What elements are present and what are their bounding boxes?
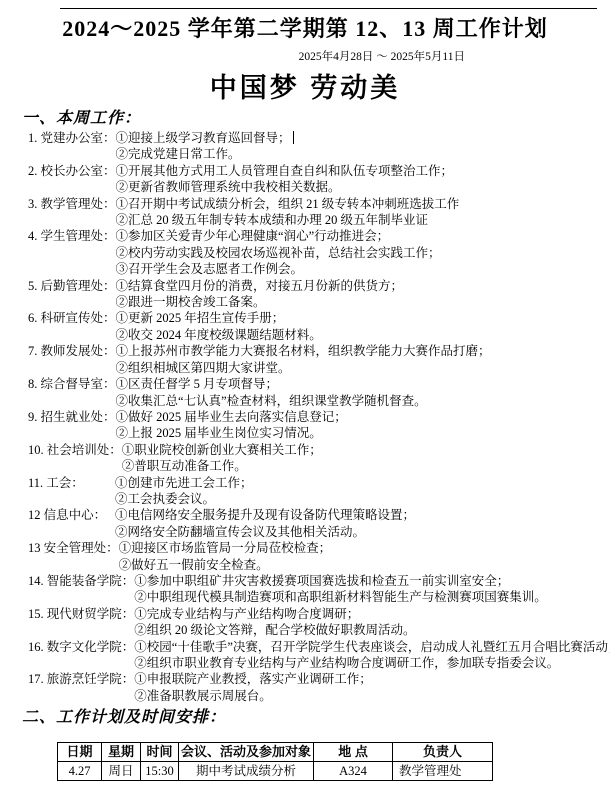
work-item-label: 17. 旅游烹饪学院： — [0, 671, 134, 687]
work-item: 3. 教学管理处：①召开期中考试成绩分析会，组织 21 级专转本冲刺班选拔工作②… — [0, 196, 610, 229]
work-item-line: ②汇总 20 级五年制专转本成绩和办理 20 级五年制毕业证 — [116, 212, 610, 228]
work-item-line: ①更新 2025 年招生宣传手册； — [116, 310, 610, 326]
work-item-line: ②校内劳动实践及校园农场巡视补苗，总结社会实践工作； — [116, 245, 610, 261]
work-item-label: 7. 教师发展处： — [0, 343, 116, 359]
work-item-label: 13 安全管理处： — [0, 540, 119, 556]
section-1-heading: 一、本周工作： — [22, 109, 610, 129]
work-item: 1. 党建办公室：①迎接上级学习教育巡回督导；②完成党建日常工作。 — [0, 130, 610, 163]
work-item: 6. 科研宣传处：①更新 2025 年招生宣传手册；②收交 2024 年度校级课… — [0, 310, 610, 343]
schedule-col-header: 会议、活动及参加对象 — [179, 743, 314, 762]
work-item-line: ②中职组现代模具制造赛项和高职组新材料智能生产与检测赛项国赛集训。 — [134, 589, 610, 605]
work-item-line: ②网络安全防翻墙宣传会议及其他相关活动。 — [115, 524, 610, 540]
work-item-lines: ①更新 2025 年招生宣传手册；②收交 2024 年度校级课题结题材料。 — [116, 310, 610, 343]
work-item-line: ②组织 20 级论文答辩，配合学校做好职教周活动。 — [134, 622, 610, 638]
schedule-cell: 教学管理处 — [393, 762, 493, 781]
work-item-line: ②工会执委会议。 — [115, 491, 610, 507]
work-item-line: ①电信网络安全服务提升及现有设备防代理策略设置； — [115, 507, 610, 523]
schedule-cell: 周日 — [102, 762, 141, 781]
schedule-cell: 4.27 — [58, 762, 102, 781]
header-rule — [60, 8, 597, 9]
work-item-lines: ①创建市先进工会工作；②工会执委会议。 — [115, 475, 610, 508]
work-item-line: ①区责任督学 5 月专项督导； — [116, 376, 610, 392]
schedule-header-row: 日期星期时间会议、活动及参加对象地 点负责人 — [58, 743, 493, 762]
work-item-line: ①迎接区市场监管局一分局莅校检查； — [119, 540, 610, 556]
schedule-col-header: 地 点 — [314, 743, 393, 762]
schedule-table: 日期星期时间会议、活动及参加对象地 点负责人 4.27周日15:30期中考试成绩… — [57, 742, 493, 781]
work-item-lines: ①申报联院产业教授，落实产业调研工作；②准备职教展示周展台。 — [134, 671, 610, 704]
work-item-label: 14. 智能装备学院： — [0, 573, 134, 589]
work-item-line: ①校园“十佳歌手”决赛，召开学院学生代表座谈会，启动成人礼暨红五月合唱比赛活动； — [134, 639, 610, 655]
work-item-line: ①申报联院产业教授，落实产业调研工作； — [134, 671, 610, 687]
work-item-line: ①上报苏州市教学能力大赛报名材料，组织教学能力大赛作品打磨； — [116, 343, 610, 359]
date-range: 2025年4月28日 ～ 2025年5月11日 — [0, 50, 610, 64]
work-item-line: ①结算食堂四月份的消费，对接五月份新的供货方； — [116, 278, 610, 294]
section-2-heading: 二、工作计划及时间安排： — [22, 708, 610, 728]
work-items-list: 1. 党建办公室：①迎接上级学习教育巡回督导；②完成党建日常工作。2. 校长办公… — [0, 130, 610, 704]
work-item-label: 12 信息中心： — [0, 507, 115, 523]
work-item-label: 8. 综合督导室： — [0, 376, 116, 392]
work-item: 14. 智能装备学院：①参加中职组矿井灾害救援赛项国赛选拔和检查五一前实训室安全… — [0, 573, 610, 606]
work-item-lines: ①校园“十佳歌手”决赛，召开学院学生代表座谈会，启动成人礼暨红五月合唱比赛活动；… — [134, 639, 610, 672]
work-item: 17. 旅游烹饪学院：①申报联院产业教授，落实产业调研工作；②准备职教展示周展台… — [0, 671, 610, 704]
work-item: 7. 教师发展处：①上报苏州市教学能力大赛报名材料，组织教学能力大赛作品打磨；②… — [0, 343, 610, 376]
work-item-lines: ①迎接上级学习教育巡回督导；②完成党建日常工作。 — [116, 130, 610, 163]
work-item-line: ②更新省教师管理系统中我校相关数据。 — [116, 179, 610, 195]
document-page: 2024～2025 学年第二学期第 12、13 周工作计划 2025年4月28日… — [0, 8, 610, 789]
work-item-lines: ①做好 2025 届毕业生去向落实信息登记；②上报 2025 届毕业生岗位实习情… — [116, 409, 610, 442]
work-item: 10. 社会培训处：①职业院校创新创业大赛相关工作；②普职互动准备工作。 — [0, 442, 610, 475]
work-item-line: ①完成专业结构与产业结构吻合度调研； — [134, 606, 610, 622]
schedule-col-header: 负责人 — [393, 743, 493, 762]
work-item-lines: ①参加中职组矿井灾害救援赛项国赛选拔和检查五一前实训室安全；②中职组现代模具制造… — [134, 573, 610, 606]
work-item-lines: ①上报苏州市教学能力大赛报名材料，组织教学能力大赛作品打磨；②组织相城区第四期大… — [116, 343, 610, 376]
schedule-cell: A324 — [314, 762, 393, 781]
work-item-lines: ①参加区关爱青少年心理健康“润心”行动推进会；②校内劳动实践及校园农场巡视补苗，… — [116, 228, 610, 277]
work-item-line: ②普职互动准备工作。 — [122, 458, 610, 474]
work-item: 12 信息中心：①电信网络安全服务提升及现有设备防代理策略设置；②网络安全防翻墙… — [0, 507, 610, 540]
work-item-line: ②收交 2024 年度校级课题结题材料。 — [116, 327, 610, 343]
work-item-line: ②组织相城区第四期大家讲堂。 — [116, 360, 610, 376]
work-item-lines: ①电信网络安全服务提升及现有设备防代理策略设置；②网络安全防翻墙宣传会议及其他相… — [115, 507, 610, 540]
work-item-lines: ①完成专业结构与产业结构吻合度调研；②组织 20 级论文答辩，配合学校做好职教周… — [134, 606, 610, 639]
work-item: 9. 招生就业处：①做好 2025 届毕业生去向落实信息登记；②上报 2025 … — [0, 409, 610, 442]
work-item-line: ①做好 2025 届毕业生去向落实信息登记； — [116, 409, 610, 425]
work-item-line: ②上报 2025 届毕业生岗位实习情况。 — [116, 425, 610, 441]
work-item-label: 3. 教学管理处： — [0, 196, 116, 212]
work-item-line: ③召开学生会及志愿者工作例会。 — [116, 261, 610, 277]
document-title: 2024～2025 学年第二学期第 12、13 周工作计划 — [0, 14, 610, 44]
slogan-heading: 中国梦 劳动美 — [0, 72, 610, 104]
work-item: 13 安全管理处：①迎接区市场监管局一分局莅校检查；②做好五一假前安全检查。 — [0, 540, 610, 573]
work-item-label: 11. 工会： — [0, 475, 115, 491]
work-item-label: 15. 现代财贸学院： — [0, 606, 134, 622]
schedule-col-header: 日期 — [58, 743, 102, 762]
work-item: 5. 后勤管理处：①结算食堂四月份的消费，对接五月份新的供货方；②跟进一期校舍竣… — [0, 278, 610, 311]
work-item-lines: ①结算食堂四月份的消费，对接五月份新的供货方；②跟进一期校舍竣工备案。 — [116, 278, 610, 311]
work-item-lines: ①迎接区市场监管局一分局莅校检查；②做好五一假前安全检查。 — [119, 540, 610, 573]
work-item-lines: ①区责任督学 5 月专项督导；②收集汇总“七认真”检查材料，组织课堂教学随机督查… — [116, 376, 610, 409]
work-item-line: ①召开期中考试成绩分析会，组织 21 级专转本冲刺班选拔工作 — [116, 196, 610, 212]
schedule-col-header: 星期 — [102, 743, 141, 762]
schedule-row: 4.27周日15:30期中考试成绩分析A324教学管理处 — [58, 762, 493, 781]
work-item-label: 5. 后勤管理处： — [0, 278, 116, 294]
work-item-line: ②组织市职业教育专业结构与产业结构吻合度调研工作，参加联专指委会议。 — [134, 655, 610, 671]
work-item: 4. 学生管理处：①参加区关爱青少年心理健康“润心”行动推进会；②校内劳动实践及… — [0, 228, 610, 277]
work-item: 11. 工会：①创建市先进工会工作；②工会执委会议。 — [0, 475, 610, 508]
work-item-lines: ①召开期中考试成绩分析会，组织 21 级专转本冲刺班选拔工作②汇总 20 级五年… — [116, 196, 610, 229]
work-item-label: 6. 科研宣传处： — [0, 310, 116, 326]
work-item: 16. 数字文化学院：①校园“十佳歌手”决赛，召开学院学生代表座谈会，启动成人礼… — [0, 639, 610, 672]
work-item-line: ②做好五一假前安全检查。 — [119, 557, 610, 573]
work-item-label: 16. 数字文化学院： — [0, 639, 134, 655]
work-item-line: ①职业院校创新创业大赛相关工作； — [122, 442, 610, 458]
work-item-line: ①创建市先进工会工作； — [115, 475, 610, 491]
work-item-line: ②收集汇总“七认真”检查材料，组织课堂教学随机督查。 — [116, 393, 610, 409]
work-item-line: ①参加区关爱青少年心理健康“润心”行动推进会； — [116, 228, 610, 244]
work-item-line: ①迎接上级学习教育巡回督导； — [116, 130, 610, 146]
work-item-label: 4. 学生管理处： — [0, 228, 116, 244]
text-cursor — [293, 131, 294, 144]
work-item-line: ②完成党建日常工作。 — [116, 146, 610, 162]
work-item-line: ①开展其他方式用工人员管理自查自纠和队伍专项整治工作； — [116, 163, 610, 179]
schedule-col-header: 时间 — [141, 743, 179, 762]
work-item: 8. 综合督导室：①区责任督学 5 月专项督导；②收集汇总“七认真”检查材料，组… — [0, 376, 610, 409]
schedule-cell: 15:30 — [141, 762, 179, 781]
work-item: 15. 现代财贸学院：①完成专业结构与产业结构吻合度调研；②组织 20 级论文答… — [0, 606, 610, 639]
work-item-label: 2. 校长办公室： — [0, 163, 116, 179]
schedule-cell: 期中考试成绩分析 — [179, 762, 314, 781]
work-item-line: ②跟进一期校舍竣工备案。 — [116, 294, 610, 310]
work-item-label: 10. 社会培训处： — [0, 442, 122, 458]
work-item-line: ①参加中职组矿井灾害救援赛项国赛选拔和检查五一前实训室安全； — [134, 573, 610, 589]
work-item-lines: ①开展其他方式用工人员管理自查自纠和队伍专项整治工作；②更新省教师管理系统中我校… — [116, 163, 610, 196]
work-item-label: 1. 党建办公室： — [0, 130, 116, 146]
work-item: 2. 校长办公室：①开展其他方式用工人员管理自查自纠和队伍专项整治工作；②更新省… — [0, 163, 610, 196]
work-item-label: 9. 招生就业处： — [0, 409, 116, 425]
work-item-lines: ①职业院校创新创业大赛相关工作；②普职互动准备工作。 — [122, 442, 610, 475]
work-item-line: ②准备职教展示周展台。 — [134, 688, 610, 704]
